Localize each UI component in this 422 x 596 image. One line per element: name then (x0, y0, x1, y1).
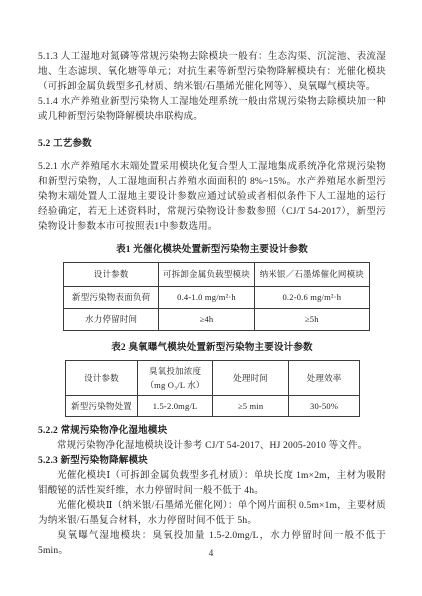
table2-header-treatment-time: 处理时间 (212, 361, 288, 396)
table1-cell-value: ≥4h (159, 309, 254, 331)
table2-header-ozone-dose-unit: （mg O₃/L 水） (141, 380, 209, 391)
table2-header-ozone-dose-label: 臭氧投加浓度 (149, 366, 201, 376)
table1-header-row: 设计参数 可拆卸金属负载型模块 纳米银／石墨烯催化网模块 (64, 263, 370, 287)
table1-cell-value: 0.4-1.0 mg/m²·h (159, 287, 254, 309)
table1-cell-label: 水力停留时间 (64, 309, 159, 331)
table2-cell-value: ≥5 min (212, 396, 288, 417)
table1-cell-value: 0.2-0.6 mg/m²·h (254, 287, 369, 309)
table2-cell-label: 新型污染物处置 (66, 396, 138, 417)
page-number: 4 (0, 548, 422, 558)
table1-row-surface-load: 新型污染物表面负荷 0.4-1.0 mg/m²·h 0.2-0.6 mg/m²·… (64, 287, 370, 309)
table1-cell-value: ≥5h (254, 309, 369, 331)
table2-cell-value: 30-50% (289, 396, 360, 417)
table1-cell-label: 新型污染物表面负荷 (64, 287, 159, 309)
table1-header-design-parameter: 设计参数 (64, 263, 159, 287)
table1-header-nano-silver-module: 纳米银／石墨烯催化网模块 (254, 263, 369, 287)
table1-row-hydraulic-retention: 水力停留时间 ≥4h ≥5h (64, 309, 370, 331)
paragraph-photocatalytic-module-2: 光催化模块Ⅱ（纳米银/石墨烯光催化网）：单个网片面积 0.5m×1m，主要材质为… (38, 499, 386, 529)
document-page: 5.1.3 人工湿地对氮磷等常规污染物去除模块一般有：生态沟渠、沉淀池、表流湿地… (0, 0, 422, 596)
paragraph-5-2-1: 5.2.1 水产养殖尾水末端处置采用模块化复合型人工湿地集成系统净化常规污染物和… (38, 160, 386, 235)
table2-row-new-pollutant-disposal: 新型污染物处置 1.5-2.0mg/L ≥5 min 30-50% (66, 396, 360, 417)
paragraph-5-1-4: 5.1.4 水产养殖业新型污染物人工湿地处理系统一般由常规污染物去除模块加一种或… (38, 95, 386, 125)
paragraph-5-1-3: 5.1.3 人工湿地对氮磷等常规污染物去除模块一般有：生态沟渠、沉淀池、表流湿地… (38, 50, 386, 95)
heading-5-2-2: 5.2.2 常规污染物净化湿地模块 (38, 424, 386, 439)
table2-caption: 表2 臭氧曝气模块处置新型污染物主要设计参数 (38, 341, 386, 355)
page-content: 5.1.3 人工湿地对氮磷等常规污染物去除模块一般有：生态沟渠、沉淀池、表流湿地… (38, 50, 386, 559)
table2-header-treatment-efficiency: 处理效率 (289, 361, 360, 396)
table1-photocatalytic-parameters: 设计参数 可拆卸金属负载型模块 纳米银／石墨烯催化网模块 新型污染物表面负荷 0… (63, 262, 370, 331)
heading-5-2: 5.2 工艺参数 (38, 137, 386, 152)
paragraph-5-2-2: 常规污染物净化湿地模块设计参考 CJ/T 54-2017、HJ 2005-201… (38, 439, 386, 454)
paragraph-photocatalytic-module-1: 光催化模块Ⅰ（可拆卸金属负载型多孔材质）：单块长度 1m×2m，主材为吸附钼酸铋… (38, 469, 386, 499)
table2-cell-value: 1.5-2.0mg/L (138, 396, 213, 417)
table2-header-row: 设计参数 臭氧投加浓度 （mg O₃/L 水） 处理时间 处理效率 (66, 361, 360, 396)
table2-header-ozone-dose: 臭氧投加浓度 （mg O₃/L 水） (138, 361, 213, 396)
table2-ozone-aeration-parameters: 设计参数 臭氧投加浓度 （mg O₃/L 水） 处理时间 处理效率 新型污染物处… (65, 360, 360, 417)
table1-header-detachable-module: 可拆卸金属负载型模块 (159, 263, 254, 287)
heading-5-2-3: 5.2.3 新型污染物降解模块 (38, 454, 386, 469)
table1-caption: 表1 光催化模块处置新型污染物主要设计参数 (38, 243, 386, 257)
table2-header-design-parameter: 设计参数 (66, 361, 138, 396)
